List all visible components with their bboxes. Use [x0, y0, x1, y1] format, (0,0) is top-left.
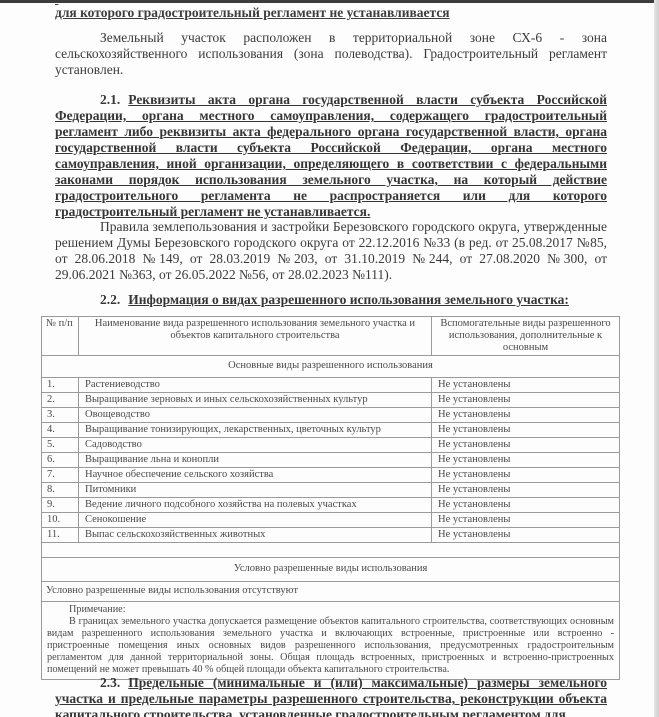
- table-row: 5.СадоводствоНе установлены: [42, 438, 620, 453]
- section-2-1-heading: 2.1.Реквизиты акта органа государственно…: [55, 92, 607, 220]
- page-top-border: [0, 0, 659, 3]
- conditional-uses-section-title: Условно разрешенные виды использования: [42, 558, 620, 582]
- table-row: 9.Ведение личного подсобного хозяйства н…: [42, 498, 620, 513]
- row-auxiliary-uses: Не установлены: [432, 483, 620, 498]
- row-use-name: Выпас сельскохозяйственных животных: [79, 528, 432, 543]
- table-row: 8.ПитомникиНе установлены: [42, 483, 620, 498]
- row-auxiliary-uses: Не установлены: [432, 453, 620, 468]
- row-auxiliary-uses: Не установлены: [432, 408, 620, 423]
- zone-paragraph-text: Земельный участок расположен в территори…: [55, 30, 607, 77]
- row-use-name: Овощеводство: [79, 408, 432, 423]
- note-text: В границах земельного участка допускаетс…: [47, 616, 614, 675]
- note-row: Примечание:В границах земельного участка…: [42, 602, 620, 680]
- header-number: № п/п: [42, 317, 79, 356]
- spacer-cell: [42, 543, 620, 558]
- section-2-3-number: 2.3.: [100, 675, 120, 690]
- table-row: 6.Выращивание льна и коноплиНе установле…: [42, 453, 620, 468]
- page-right-edge: [654, 0, 659, 717]
- zone-paragraph: Земельный участок расположен в территори…: [55, 30, 607, 78]
- row-number: 3.: [42, 408, 79, 423]
- row-number: 11.: [42, 528, 79, 543]
- table-row: 3.ОвощеводствоНе установлены: [42, 408, 620, 423]
- rules-paragraph: Правила землепользования и застройки Бер…: [55, 219, 607, 283]
- header-auxiliary-uses: Вспомогательные виды разрешенного исполь…: [432, 317, 620, 356]
- row-use-name: Ведение личного подсобного хозяйства на …: [79, 498, 432, 513]
- section-2-1-title: Реквизиты акта органа государственной вл…: [55, 92, 607, 219]
- table-header-row: № п/п Наименование вида разрешенного исп…: [42, 317, 620, 356]
- rules-paragraph-text: Правила землепользования и застройки Бер…: [55, 219, 607, 282]
- row-auxiliary-uses: Не установлены: [432, 498, 620, 513]
- note-body: В границах земельного участка допускаетс…: [47, 616, 614, 676]
- row-number: 2.: [42, 393, 79, 408]
- header-use-name: Наименование вида разрешенного использов…: [79, 317, 432, 356]
- table-row: 2.Выращивание зерновых и иных сельскохоз…: [42, 393, 620, 408]
- cut-heading-tail: для которого градостроительный регламент…: [55, 5, 607, 21]
- section-2-2-heading: 2.2.Информация о видах разрешенного испо…: [55, 292, 607, 308]
- row-auxiliary-uses: Не установлены: [432, 513, 620, 528]
- section-2-2-title: Информация о видах разрешенного использо…: [128, 292, 569, 307]
- table-row: 1.РастениеводствоНе установлены: [42, 378, 620, 393]
- table-row: 7.Научное обеспечение сельского хозяйств…: [42, 468, 620, 483]
- row-auxiliary-uses: Не установлены: [432, 393, 620, 408]
- row-number: 5.: [42, 438, 79, 453]
- conditional-uses-text: Условно разрешенные виды использования о…: [42, 582, 620, 602]
- permitted-uses-table: № п/п Наименование вида разрешенного исп…: [41, 316, 620, 680]
- row-number: 6.: [42, 453, 79, 468]
- row-auxiliary-uses: Не установлены: [432, 378, 620, 393]
- main-uses-section-row: Основные виды разрешенного использования: [42, 356, 620, 378]
- row-number: 9.: [42, 498, 79, 513]
- row-auxiliary-uses: Не установлены: [432, 438, 620, 453]
- table-row: 4.Выращивание тонизирующих, лекарственны…: [42, 423, 620, 438]
- row-number: 4.: [42, 423, 79, 438]
- row-number: 1.: [42, 378, 79, 393]
- row-use-name: Выращивание тонизирующих, лекарственных,…: [79, 423, 432, 438]
- section-2-3-heading: 2.3.Предельные (минимальные и (или) макс…: [55, 675, 607, 717]
- note-cell: Примечание:В границах земельного участка…: [42, 602, 620, 680]
- row-auxiliary-uses: Не установлены: [432, 468, 620, 483]
- section-2-2-number: 2.2.: [100, 292, 120, 307]
- table-row: 10.СенокошениеНе установлены: [42, 513, 620, 528]
- row-use-name: Выращивание зерновых и иных сельскохозяй…: [79, 393, 432, 408]
- row-use-name: Научное обеспечение сельского хозяйства: [79, 468, 432, 483]
- row-number: 7.: [42, 468, 79, 483]
- document-page: для которого градостроительный регламент…: [0, 0, 654, 717]
- row-auxiliary-uses: Не установлены: [432, 528, 620, 543]
- row-use-name: Питомники: [79, 483, 432, 498]
- row-number: 8.: [42, 483, 79, 498]
- table-spacer-row: [42, 543, 620, 558]
- conditional-uses-section-row: Условно разрешенные виды использования: [42, 558, 620, 582]
- section-2-3-title: Предельные (минимальные и (или) максимал…: [55, 675, 607, 717]
- row-use-name: Растениеводство: [79, 378, 432, 393]
- row-use-name: Сенокошение: [79, 513, 432, 528]
- row-use-name: Выращивание льна и конопли: [79, 453, 432, 468]
- table-row: 11.Выпас сельскохозяйственных животныхНе…: [42, 528, 620, 543]
- conditional-uses-row: Условно разрешенные виды использования о…: [42, 582, 620, 602]
- row-use-name: Садоводство: [79, 438, 432, 453]
- main-uses-section-title: Основные виды разрешенного использования: [42, 356, 620, 378]
- note-label: Примечание:: [47, 604, 614, 616]
- row-number: 10.: [42, 513, 79, 528]
- row-auxiliary-uses: Не установлены: [432, 423, 620, 438]
- section-2-1-number: 2.1.: [100, 92, 120, 107]
